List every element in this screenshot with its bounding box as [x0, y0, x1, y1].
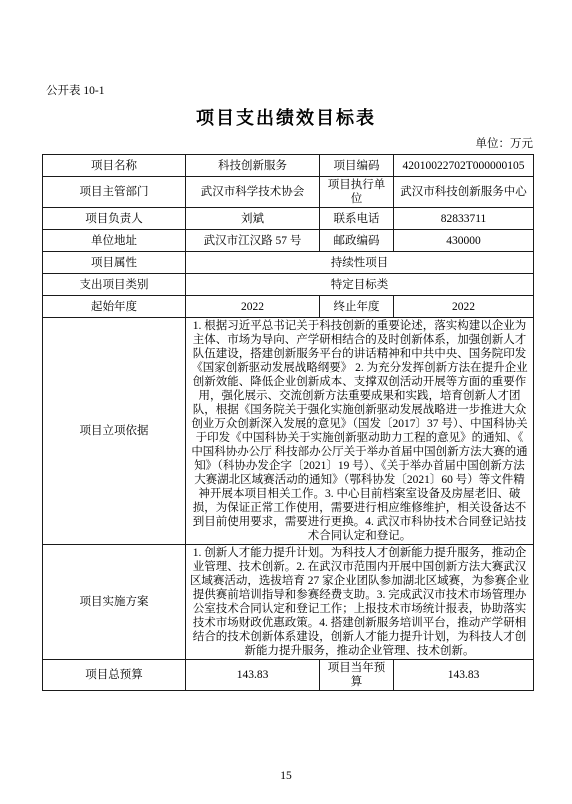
value-implementation-plan: 1. 创新人才能力提升计划。为科技人才创新能力提升服务，推动企业管理、技术创新。…	[186, 545, 534, 660]
value-project-attribute: 持续性项目	[186, 252, 534, 274]
value-executing-unit: 武汉市科技创新服务中心	[394, 177, 534, 208]
row-expenditure-category: 支出项目类别 特定目标类	[43, 274, 534, 296]
label-start-year: 起始年度	[43, 296, 186, 318]
label-total-budget: 项目总预算	[43, 660, 186, 691]
row-project-name: 项目名称 科技创新服务 项目编码 42010022702T000000105	[43, 155, 534, 177]
label-project-name: 项目名称	[43, 155, 186, 177]
label-implementation-plan: 项目实施方案	[43, 545, 186, 660]
row-address: 单位地址 武汉市江汉路 57 号 邮政编码 430000	[43, 230, 534, 252]
row-department: 项目主管部门 武汉市科学技术协会 项目执行单位 武汉市科技创新服务中心	[43, 177, 534, 208]
page-number: 15	[0, 770, 572, 782]
label-project-code: 项目编码	[320, 155, 394, 177]
value-start-year: 2022	[186, 296, 320, 318]
label-phone: 联系电话	[320, 208, 394, 230]
label-expenditure-category: 支出项目类别	[43, 274, 186, 296]
value-current-year-budget: 143.83	[394, 660, 534, 691]
performance-target-table: 项目名称 科技创新服务 项目编码 42010022702T000000105 项…	[42, 154, 534, 691]
row-leader: 项目负责人 刘斌 联系电话 82833711	[43, 208, 534, 230]
value-supervising-department: 武汉市科学技术协会	[186, 177, 320, 208]
row-project-attribute: 项目属性 持续性项目	[43, 252, 534, 274]
value-expenditure-category: 特定目标类	[186, 274, 534, 296]
row-project-basis: 项目立项依据 1. 根据习近平总书记关于科技创新的重要论述，落实构建以企业为主体…	[43, 318, 534, 545]
value-unit-address: 武汉市江汉路 57 号	[186, 230, 320, 252]
value-project-name: 科技创新服务	[186, 155, 320, 177]
page-title: 项目支出绩效目标表	[0, 106, 572, 130]
label-unit-address: 单位地址	[43, 230, 186, 252]
row-implementation-plan: 项目实施方案 1. 创新人才能力提升计划。为科技人才创新能力提升服务，推动企业管…	[43, 545, 534, 660]
label-project-basis: 项目立项依据	[43, 318, 186, 545]
value-project-code: 42010022702T000000105	[394, 155, 534, 177]
unit-note: 单位：万元	[42, 137, 533, 151]
label-project-leader: 项目负责人	[43, 208, 186, 230]
row-years: 起始年度 2022 终止年度 2022	[43, 296, 534, 318]
label-executing-unit: 项目执行单位	[320, 177, 394, 208]
label-end-year: 终止年度	[320, 296, 394, 318]
value-postal-code: 430000	[394, 230, 534, 252]
row-budget: 项目总预算 143.83 项目当年预算 143.83	[43, 660, 534, 691]
label-postal-code: 邮政编码	[320, 230, 394, 252]
value-total-budget: 143.83	[186, 660, 320, 691]
value-project-leader: 刘斌	[186, 208, 320, 230]
form-number-label: 公开表 10-1	[46, 84, 572, 98]
value-end-year: 2022	[394, 296, 534, 318]
value-project-basis: 1. 根据习近平总书记关于科技创新的重要论述，落实构建以企业为主体、市场为导向、…	[186, 318, 534, 545]
label-project-attribute: 项目属性	[43, 252, 186, 274]
document-page: 公开表 10-1 项目支出绩效目标表 单位：万元 项目名称 科技创新服务 项目编…	[0, 0, 572, 804]
label-current-year-budget: 项目当年预算	[320, 660, 394, 691]
value-phone: 82833711	[394, 208, 534, 230]
label-supervising-department: 项目主管部门	[43, 177, 186, 208]
